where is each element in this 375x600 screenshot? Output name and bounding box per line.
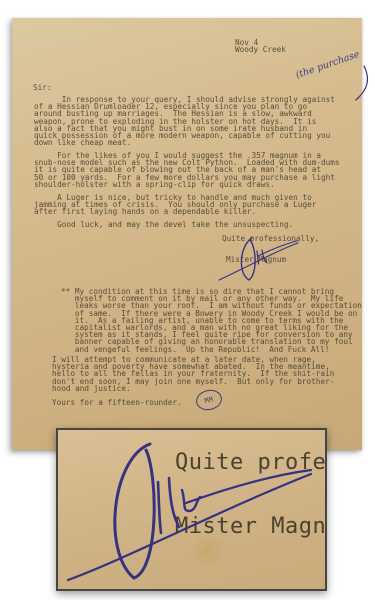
signature-detail-photo: Quite profe Mister Magn — [56, 428, 327, 591]
insertion-caret-stroke — [332, 58, 372, 118]
letter-photo: Nov 4Woody Creek Sir: In response to you… — [12, 18, 362, 450]
letter-paragraph-final: I will attempt to communicate at a later… — [52, 356, 334, 392]
auction-photo-page: Nov 4Woody Creek Sir: In response to you… — [0, 0, 375, 600]
letter-postscript: ** My condition at this time is so dire … — [61, 288, 362, 353]
letter-salutation: Sir: — [33, 84, 52, 91]
letter-paragraph-1: In response to your query, I should advi… — [34, 96, 335, 146]
signature-scrawl — [200, 212, 310, 292]
letter-closing-line: Yours for a fifteen-rounder. — [52, 399, 182, 406]
letter-paragraph-2: For the likes of you I would suggest the… — [34, 152, 339, 188]
letter-dateline: Nov 4Woody Creek — [235, 39, 286, 53]
signature-scrawl-large — [58, 430, 325, 589]
